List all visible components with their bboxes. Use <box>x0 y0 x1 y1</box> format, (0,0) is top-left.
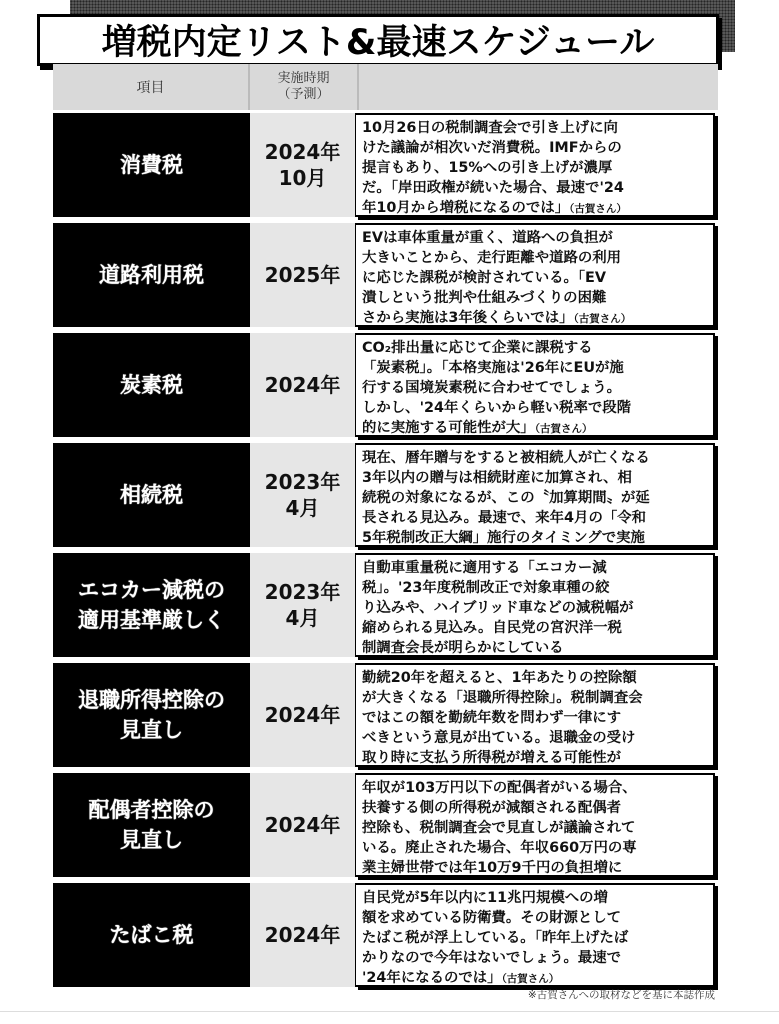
implementation-date-line: 2024年 <box>265 812 341 838</box>
description-line: 年10月から増税になるのでは」（古賀さん） <box>362 198 707 219</box>
description-line: 3年以内の贈与は相続財産に加算され、相 <box>362 468 707 488</box>
header-item: 項目 <box>53 64 250 110</box>
tax-item-label-line: 消費税 <box>120 150 183 180</box>
description-text: に応じた課税が検討されている。「EV <box>362 270 606 286</box>
table-body: 消費税2024年10月10月26日の税制調査会で引き上げに向けた議論が相次いだ消… <box>53 113 718 987</box>
tax-description: 自動車重量税に適用する「エコカー減税」。'23年度税制改正で対象車種の絞り込みや… <box>355 553 715 657</box>
tax-item-label: エコカー減税の適用基準厳しく <box>53 553 250 657</box>
description-text: 3年以内の贈与は相続財産に加算され、相 <box>362 470 632 486</box>
description-text: が大きくなる「退職所得控除」。税制調査会 <box>362 690 643 706</box>
description-text: いる。廃止された場合、年収660万円の専 <box>362 840 637 856</box>
description-line: かりなので今年はないでしょう。最速で <box>362 948 707 968</box>
tax-description: 現在、暦年贈与をすると被相続人が亡くなる3年以内の贈与は相続財産に加算され、相続… <box>355 443 715 547</box>
tax-item-label-line: 配偶者控除の <box>89 795 215 825</box>
description-text: 10月26日の税制調査会で引き上げに向 <box>362 120 618 136</box>
description-text: 扶養する側の所得税が減額される配偶者 <box>362 800 621 816</box>
tax-item-label: 炭素税 <box>53 333 250 437</box>
description-text: 5年税制改正大綱」施行のタイミングで実施 <box>362 530 645 546</box>
description-line: 自動車重量税に適用する「エコカー減 <box>362 558 707 578</box>
description-text: 取り時に支払う所得税が増える可能性が <box>362 750 621 766</box>
description-text: 提言もあり、15%への引き上げが濃厚 <box>362 160 612 176</box>
tax-item-label: 道路利用税 <box>53 223 250 327</box>
description-text: り込みや、ハイブリッド車などの減税幅が <box>362 600 634 616</box>
implementation-date-line: 2024年 <box>265 922 341 948</box>
tax-item-label: 退職所得控除の見直し <box>53 663 250 767</box>
description-text: 制調査会長が明らかにしている <box>362 640 563 656</box>
description-line: 提言もあり、15%への引き上げが濃厚 <box>362 158 707 178</box>
tax-description: 勤続20年を超えると、1年あたりの控除額が大きくなる「退職所得控除」。税制調査会… <box>355 663 715 767</box>
header-date: 実施時期 （予測） <box>250 64 359 110</box>
description-line: り込みや、ハイブリッド車などの減税幅が <box>362 598 707 618</box>
table-row: 相続税2023年4月現在、暦年贈与をすると被相続人が亡くなる3年以内の贈与は相続… <box>53 443 718 547</box>
title-banner: 増税内定リスト&最速スケジュール <box>37 14 719 66</box>
implementation-date-line: 2024年 <box>265 372 341 398</box>
description-line: いる。廃止された場合、年収660万円の専 <box>362 838 707 858</box>
description-text: さから実施は3年後くらいでは」 <box>362 310 573 326</box>
tax-description: CO₂排出量に応じて企業に課税する「炭素税」。「本格実施は'26年にEUが施行す… <box>355 333 715 437</box>
header-date-line2: （予測） <box>277 87 329 103</box>
description-line: 潰しという批判や仕組みづくりの困難 <box>362 288 707 308</box>
description-text: 年10月から増税になるのでは」 <box>362 200 569 216</box>
description-text: たばこ税が浮上している。「昨年上げたば <box>362 930 628 946</box>
implementation-date-line: 2023年 <box>265 469 341 495</box>
description-text: 自動車重量税に適用する「エコカー減 <box>362 560 607 576</box>
description-line: けた議論が相次いだ消費税。IMFからの <box>362 138 707 158</box>
description-text: しかし、'24年くらいから軽い税率で段階 <box>362 400 631 416</box>
footnote: ※古賀さんへの取材などを基に本誌作成 <box>528 987 715 1002</box>
table-header: 項目 実施時期 （予測） <box>53 64 718 110</box>
description-line: 勤続20年を超えると、1年あたりの控除額 <box>362 668 707 688</box>
description-text: EVは車体重量が重く、道路への負担が <box>362 230 613 246</box>
description-line: さから実施は3年後くらいでは」（古賀さん） <box>362 308 707 329</box>
description-text: 大きいことから、走行距離や道路の利用 <box>362 250 621 266</box>
tax-item-label-line: エコカー減税の <box>78 575 225 605</box>
tax-item-label-line: 適用基準厳しく <box>78 605 225 635</box>
description-text: 勤続20年を超えると、1年あたりの控除額 <box>362 670 637 686</box>
table-row: 消費税2024年10月10月26日の税制調査会で引き上げに向けた議論が相次いだ消… <box>53 113 718 217</box>
header-date-line1: 実施時期 <box>277 71 329 87</box>
description-text: 控除も、税制調査会で見直しが議論されて <box>362 820 635 836</box>
description-text: だ。「岸田政権が続いた場合、最速で'24 <box>362 180 624 196</box>
implementation-date-line: 2024年 <box>265 139 341 165</box>
description-line: 長される見込み。最速で、来年4月の「令和 <box>362 508 707 528</box>
table-row: 配偶者控除の見直し2024年年収が103万円以下の配偶者がいる場合、扶養する側の… <box>53 773 718 877</box>
tax-item-label-line: 相続税 <box>120 480 183 510</box>
tax-item-label-line: 道路利用税 <box>99 260 204 290</box>
implementation-date-line: 2023年 <box>265 579 341 605</box>
table-row: エコカー減税の適用基準厳しく2023年4月自動車重量税に適用する「エコカー減税」… <box>53 553 718 657</box>
description-text: 的に実施する可能性が大」 <box>362 420 535 436</box>
source-credit: （古賀さん） <box>569 203 627 215</box>
tax-description: 10月26日の税制調査会で引き上げに向けた議論が相次いだ消費税。IMFからの提言… <box>355 113 715 217</box>
description-line: だ。「岸田政権が続いた場合、最速で'24 <box>362 178 707 198</box>
description-line: 税」。'23年度税制改正で対象車種の絞 <box>362 578 707 598</box>
description-text: べきという意見が出ている。退職金の受け <box>362 730 635 746</box>
description-text: 潰しという批判や仕組みづくりの困難 <box>362 290 606 306</box>
description-text: 業主婦世帯では年10万9千円の負担増に <box>362 860 622 876</box>
description-line: が大きくなる「退職所得控除」。税制調査会 <box>362 688 707 708</box>
implementation-date-line: 2024年 <box>265 702 341 728</box>
tax-schedule-table: 項目 実施時期 （予測） 消費税2024年10月10月26日の税制調査会で引き上… <box>53 64 718 987</box>
description-line: 的に実施する可能性が大」（古賀さん） <box>362 418 707 439</box>
description-text: 自民党が5年以内に11兆円規模への増 <box>362 890 608 906</box>
description-line: 10月26日の税制調査会で引き上げに向 <box>362 118 707 138</box>
description-text: 年収が103万円以下の配偶者がいる場合、 <box>362 780 637 796</box>
description-line: CO₂排出量に応じて企業に課税する <box>362 338 707 358</box>
tax-item-label-line: たばこ税 <box>110 920 194 950</box>
header-description <box>359 64 718 110</box>
description-text: 現在、暦年贈与をすると被相続人が亡くなる <box>362 450 650 466</box>
description-line: 行する国境炭素税に合わせてでしょう。 <box>362 378 707 398</box>
table-row: 退職所得控除の見直し2024年勤続20年を超えると、1年あたりの控除額が大きくな… <box>53 663 718 767</box>
description-line: 「炭素税」。「本格実施は'26年にEUが施 <box>362 358 707 378</box>
description-text: '24年になるのでは」 <box>362 970 502 986</box>
description-line: 自民党が5年以内に11兆円規模への増 <box>362 888 707 908</box>
description-text: 長される見込み。最速で、来年4月の「令和 <box>362 510 646 526</box>
description-text: かりなので今年はないでしょう。最速で <box>362 950 621 966</box>
tax-description: 自民党が5年以内に11兆円規模への増額を求めている防衛費。その財源としてたばこ税… <box>355 883 715 987</box>
tax-description: 年収が103万円以下の配偶者がいる場合、扶養する側の所得税が減額される配偶者控除… <box>355 773 715 877</box>
description-line: 業主婦世帯では年10万9千円の負担増に <box>362 858 707 878</box>
page-title: 増税内定リスト&最速スケジュール <box>102 15 655 65</box>
table-row: たばこ税2024年自民党が5年以内に11兆円規模への増額を求めている防衛費。その… <box>53 883 718 987</box>
implementation-date: 2023年4月 <box>250 553 355 657</box>
tax-item-label: 相続税 <box>53 443 250 547</box>
tax-item-label-line: 見直し <box>120 715 183 745</box>
description-text: CO₂排出量に応じて企業に課税する <box>362 340 593 356</box>
description-text: けた議論が相次いだ消費税。IMFからの <box>362 140 622 156</box>
description-line: 大きいことから、走行距離や道路の利用 <box>362 248 707 268</box>
description-line: 扶養する側の所得税が減額される配偶者 <box>362 798 707 818</box>
description-line: EVは車体重量が重く、道路への負担が <box>362 228 707 248</box>
description-line: 年収が103万円以下の配偶者がいる場合、 <box>362 778 707 798</box>
description-line: 取り時に支払う所得税が増える可能性が <box>362 748 707 768</box>
tax-item-label: たばこ税 <box>53 883 250 987</box>
tax-description: EVは車体重量が重く、道路への負担が大きいことから、走行距離や道路の利用に応じた… <box>355 223 715 327</box>
source-credit: （古賀さん） <box>502 973 560 985</box>
source-credit: （古賀さん） <box>573 313 631 325</box>
description-text: 縮められる見込み。自民党の宮沢洋一税 <box>362 620 622 636</box>
description-line: 制調査会長が明らかにしている <box>362 638 707 658</box>
table-row: 炭素税2024年CO₂排出量に応じて企業に課税する「炭素税」。「本格実施は'26… <box>53 333 718 437</box>
tax-item-label-line: 炭素税 <box>120 370 183 400</box>
description-line: に応じた課税が検討されている。「EV <box>362 268 707 288</box>
tax-item-label-line: 見直し <box>120 825 183 855</box>
implementation-date-line: 4月 <box>286 495 320 521</box>
description-text: 続税の対象になるが、この〝加算期間〟が延 <box>362 490 650 506</box>
implementation-date: 2024年 <box>250 663 355 767</box>
tax-item-label: 消費税 <box>53 113 250 217</box>
description-line: ではこの額を勤続年数を問わず一律にす <box>362 708 707 728</box>
source-credit: （古賀さん） <box>535 423 593 435</box>
description-text: 税」。'23年度税制改正で対象車種の絞 <box>362 580 609 596</box>
tax-item-label: 配偶者控除の見直し <box>53 773 250 877</box>
description-line: '24年になるのでは」（古賀さん） <box>362 968 707 989</box>
tax-item-label-line: 退職所得控除の <box>78 685 225 715</box>
description-line: 現在、暦年贈与をすると被相続人が亡くなる <box>362 448 707 468</box>
description-line: 控除も、税制調査会で見直しが議論されて <box>362 818 707 838</box>
implementation-date: 2024年10月 <box>250 113 355 217</box>
implementation-date-line: 2025年 <box>265 262 341 288</box>
description-line: しかし、'24年くらいから軽い税率で段階 <box>362 398 707 418</box>
description-text: 「炭素税」。「本格実施は'26年にEUが施 <box>362 360 624 376</box>
implementation-date-line: 10月 <box>279 165 327 191</box>
description-line: 5年税制改正大綱」施行のタイミングで実施 <box>362 528 707 548</box>
description-line: 額を求めている防衛費。その財源として <box>362 908 707 928</box>
implementation-date: 2024年 <box>250 333 355 437</box>
implementation-date-line: 4月 <box>286 605 320 631</box>
description-line: べきという意見が出ている。退職金の受け <box>362 728 707 748</box>
description-line: たばこ税が浮上している。「昨年上げたば <box>362 928 707 948</box>
implementation-date: 2025年 <box>250 223 355 327</box>
description-text: ではこの額を勤続年数を問わず一律にす <box>362 710 621 726</box>
implementation-date: 2024年 <box>250 883 355 987</box>
description-text: 額を求めている防衛費。その財源として <box>362 910 621 926</box>
divider <box>0 1011 779 1012</box>
table-row: 道路利用税2025年EVは車体重量が重く、道路への負担が大きいことから、走行距離… <box>53 223 718 327</box>
description-text: 行する国境炭素税に合わせてでしょう。 <box>362 380 621 396</box>
description-line: 続税の対象になるが、この〝加算期間〟が延 <box>362 488 707 508</box>
implementation-date: 2023年4月 <box>250 443 355 547</box>
description-line: 縮められる見込み。自民党の宮沢洋一税 <box>362 618 707 638</box>
implementation-date: 2024年 <box>250 773 355 877</box>
